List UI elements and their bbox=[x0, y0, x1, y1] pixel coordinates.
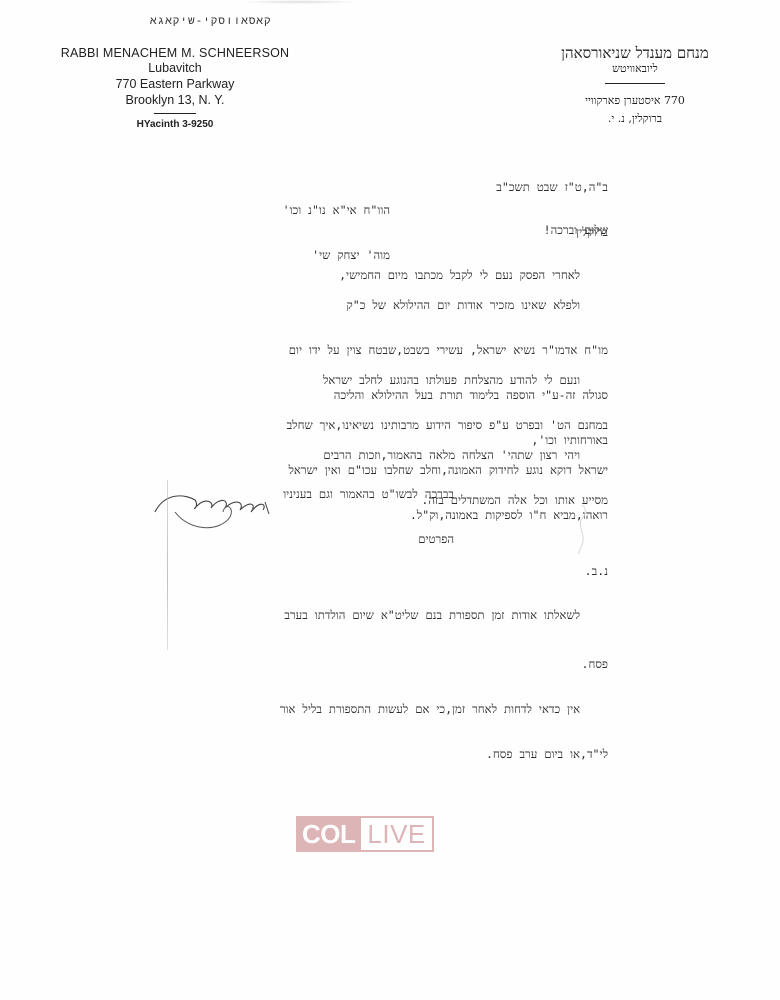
postscript-line: לי"ד,או ביום ערב פסח. bbox=[280, 747, 608, 762]
hebrew-letterhead-divider bbox=[605, 83, 665, 84]
letterhead-line-1: Lubavitch bbox=[50, 60, 300, 76]
letterhead-line-3: Brooklyn 13, N. Y. bbox=[50, 92, 300, 108]
watermark-live: LIVE bbox=[361, 816, 433, 852]
letter-date: ב"ה,ט"ז שבט תשכ"ב bbox=[496, 180, 608, 195]
closing-block: בברכה לבשו"ט בהאמור וגם בעניניו הפרטים bbox=[283, 457, 454, 562]
postscript-label: נ.ב. bbox=[585, 564, 608, 579]
hebrew-letterhead-name: מנחם מענדל שניאורסאהן bbox=[535, 44, 735, 63]
english-letterhead: RABBI MENACHEM M. SCHNEERSON Lubavitch 7… bbox=[50, 46, 300, 130]
collive-watermark: COL LIVE bbox=[296, 816, 434, 852]
paragraph-line: ולפלא שאינו מזכיר אודות יום ההילולא של כ… bbox=[289, 298, 608, 313]
paper-mark bbox=[572, 500, 592, 555]
addressee-line: הוו"ח אי"א נו"נ וכו' bbox=[283, 203, 390, 218]
greeting: שלום וברכה! bbox=[544, 223, 608, 238]
letterhead-line-2: 770 Eastern Parkway bbox=[50, 76, 300, 92]
paper-smudge bbox=[240, 0, 360, 4]
closing-line: בברכה לבשו"ט בהאמור וגם בעניניו bbox=[283, 487, 454, 502]
letterhead-phone: HYacinth 3-9250 bbox=[50, 119, 300, 130]
hebrew-letterhead-address-1: 770 איסטערן פארקוויי bbox=[535, 92, 735, 110]
paragraph-line: ונעם לי להודע מהצלחת פעולתו בהנוגע לחלב … bbox=[287, 373, 608, 388]
closing-line: הפרטים bbox=[283, 532, 454, 547]
hebrew-letterhead: מנחם מענדל שניאורסאהן ליובאוויטש 770 איס… bbox=[535, 44, 735, 128]
postscript-line: אין כדאי לדחות לאחר זמן,כי אם לעשות התספ… bbox=[280, 702, 608, 717]
hebrew-letterhead-sub: ליובאוויטש bbox=[535, 62, 735, 75]
watermark-col: COL bbox=[296, 816, 361, 852]
postscript-block: לשאלתו אודות זמן תספורת בנם שליט"א שיום … bbox=[280, 578, 608, 777]
hebrew-letterhead-address-2: ברוקלין, נ. י. bbox=[535, 110, 735, 128]
letterhead-name: RABBI MENACHEM M. SCHNEERSON bbox=[50, 46, 300, 60]
postscript-line: לשאלתו אודות זמן תספורת בנם שליט"א שיום … bbox=[280, 608, 608, 623]
letterhead-divider bbox=[154, 113, 196, 114]
pen-mark-line bbox=[167, 480, 168, 650]
top-hebrew-caption: קאסאווסקי-שיקאגא bbox=[150, 16, 350, 28]
postscript-line: פסח. bbox=[280, 657, 608, 672]
